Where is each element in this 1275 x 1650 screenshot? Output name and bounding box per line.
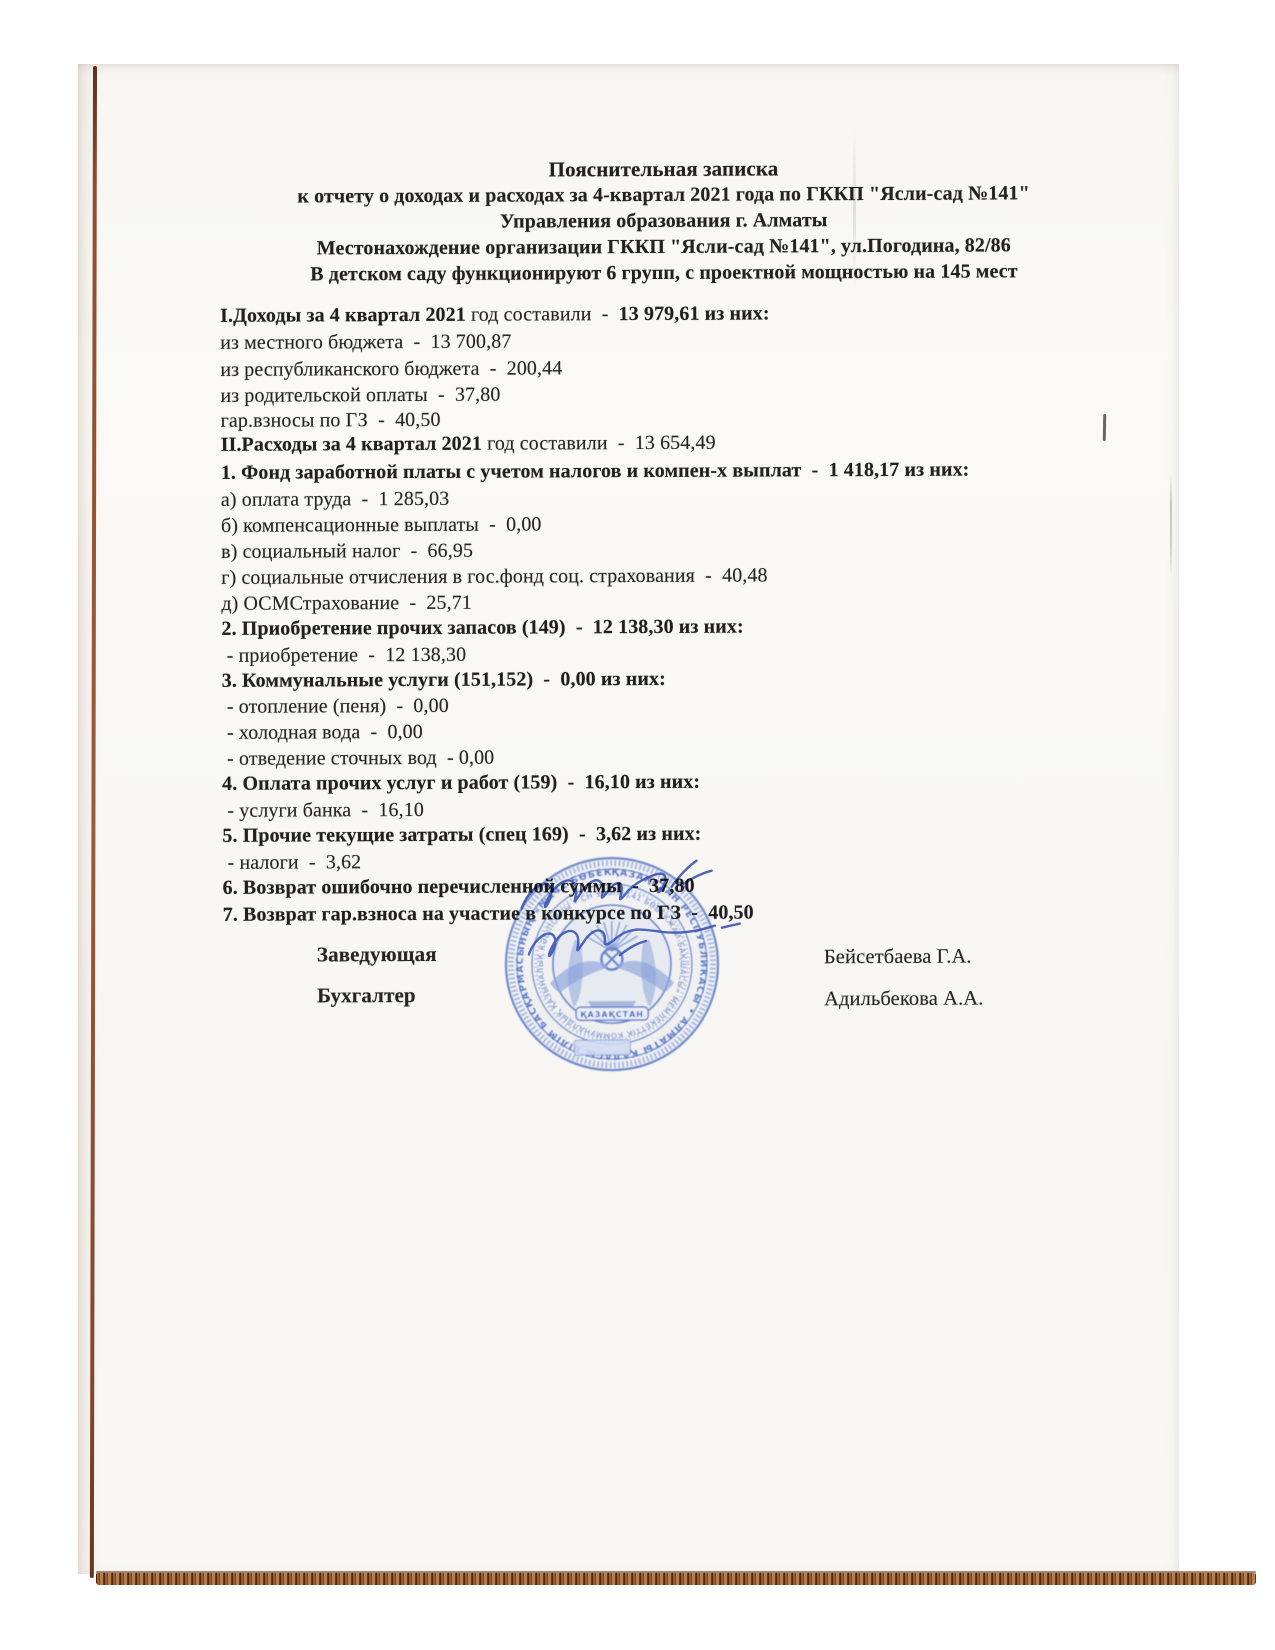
expense-item: - отопление (пеня) - 0,00: [222, 695, 449, 719]
scan-bottom-edge: [96, 1573, 1256, 1585]
signatory-name-accountant: Адильбекова А.А.: [824, 988, 983, 1012]
document-content: Пояснительная записка к отчету о доходах…: [0, 0, 1275, 1650]
doc-capacity: В детском саду функционируют 6 групп, с …: [151, 260, 1177, 287]
expense-item: а) оплата труда - 1 285,03: [221, 488, 450, 512]
expenses-header: II.Расходы за 4 квартал 2021 год состави…: [221, 432, 716, 457]
income-item: из республиканского бюджета - 200,44: [220, 357, 562, 381]
signatory-name-director: Бейсетбаева Г.А.: [824, 946, 972, 970]
expenses-header-bold: II.Расходы за 4 квартал 2021: [221, 433, 482, 456]
income-header: I.Доходы за 4 квартал 2021 год составили…: [220, 302, 770, 327]
official-stamp: ҚАЗАҚСТАН РЕСПУБЛИКАСЫ • АЛМАТЫ ҚАЛАСЫ Б…: [471, 834, 772, 1091]
doc-address: Местонахождение организации ГККП "Ясли-с…: [151, 234, 1177, 261]
expense-section-title: 2. Приобретение прочих запасов (149) - 1…: [221, 616, 743, 641]
stamp-body: ҚАЗАҚСТАН РЕСПУБЛИКАСЫ • АЛМАТЫ ҚАЛАСЫ Б…: [471, 834, 718, 1070]
income-item: из местного бюджета - 13 700,87: [220, 331, 511, 355]
expense-item: в) социальный налог - 66,95: [221, 540, 473, 564]
income-header-bold: I.Доходы за 4 квартал 2021: [220, 304, 466, 327]
expense-item: б) компенсационные выплаты - 0,00: [221, 513, 542, 537]
income-item: гар.взносы по ГЗ - 40,50: [221, 409, 441, 433]
income-header-rest: год составили -: [466, 303, 619, 326]
expense-item: г) социальные отчисления в гос.фонд соц.…: [221, 564, 767, 589]
expense-section-title: 4. Оплата прочих услуг и работ (159) - 1…: [222, 771, 700, 796]
expense-item: - приобретение - 12 138,30: [222, 644, 467, 668]
doc-subtitle: к отчету о доходах и расходах за 4-кварт…: [151, 182, 1177, 209]
expense-section-title: 3. Коммунальные услуги (151,152) - 0,00 …: [222, 668, 666, 693]
expense-item: - холодная вода - 0,00: [222, 721, 423, 745]
expense-item: - отведение сточных вод - 0,00: [222, 747, 494, 771]
signatory-role-director: Заведующая: [317, 942, 437, 968]
paper-right-edge-shadow: [1170, 474, 1172, 578]
expense-section-title: 1. Фонд заработной платы с учетом налого…: [221, 459, 970, 485]
expense-item: д) ОСМСтрахование - 25,71: [221, 592, 472, 616]
stamp-number-box: [574, 1040, 630, 1055]
doc-org: Управления образования г. Алматы: [151, 208, 1177, 235]
expenses-header-rest: год составили - 13 654,49: [482, 432, 716, 455]
scan-artifact-tick: [1103, 414, 1106, 441]
doc-title: Пояснительная записка: [150, 155, 1176, 184]
expense-item: - налоги - 3,62: [222, 851, 361, 875]
emblem-banner-text: ҚАЗАҚСТАН: [580, 1010, 644, 1019]
expense-item: - услуги банка - 16,10: [222, 799, 424, 823]
income-item: из родительской оплаты - 37,80: [220, 384, 500, 408]
signatory-role-accountant: Бухгалтер: [317, 983, 416, 1008]
income-header-amount: 13 979,61 из них:: [619, 302, 770, 325]
